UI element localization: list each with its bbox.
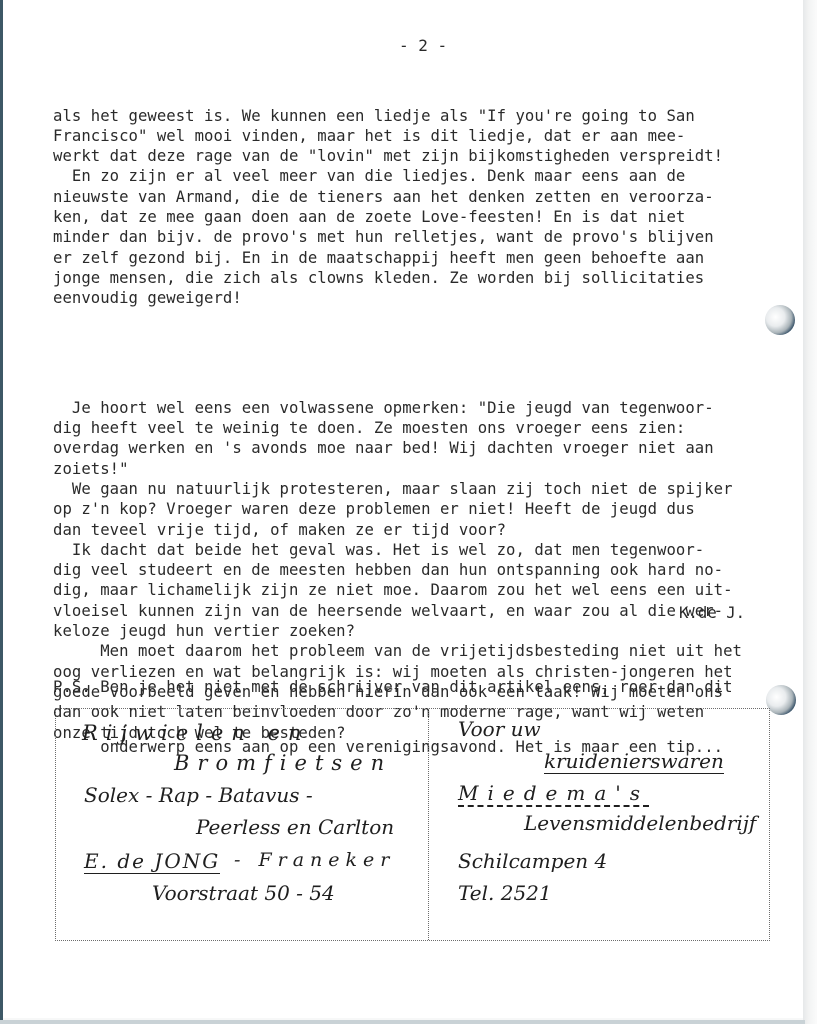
scan-edge-bottom bbox=[0, 1020, 805, 1024]
ad-left-line2: Bromfietsen bbox=[174, 751, 392, 775]
article-line: En zo zijn er al veel meer van die liedj… bbox=[53, 166, 742, 186]
ad-left-address: Voorstraat 50 - 54 bbox=[152, 881, 335, 905]
document-page: - 2 - als het geweest is. We kunnen een … bbox=[3, 0, 803, 1018]
page-number: - 2 - bbox=[399, 36, 447, 55]
article-line: We gaan nu natuurlijk protesteren, maar … bbox=[53, 479, 742, 499]
ad-left-owner: E. de JONG bbox=[84, 849, 220, 874]
article-line: dig veel studeert en de meesten hebben d… bbox=[53, 560, 742, 580]
article-line: ken, dat ze mee gaan doen aan de zoete L… bbox=[53, 207, 742, 227]
ad-divider bbox=[428, 709, 429, 940]
article-line: op z'n kop? Vroeger waren deze problemen… bbox=[53, 499, 742, 519]
article-paragraph-1: als het geweest is. We kunnen een liedje… bbox=[53, 106, 742, 309]
ad-right-line1: Voor uw bbox=[458, 717, 541, 741]
ad-right-phone: Tel. 2521 bbox=[458, 881, 552, 905]
article-line: dig heeft veel te weinig te doen. Ze moe… bbox=[53, 418, 742, 438]
article-line: jonge mensen, die zich als clowns kleden… bbox=[53, 268, 742, 288]
ad-left-brands-2: Peerless en Carlton bbox=[196, 815, 394, 839]
ad-right-line2: kruidenierswaren bbox=[544, 749, 724, 774]
article-line: minder dan bijv. de provo's met hun rell… bbox=[53, 227, 742, 247]
article-line: vloeisel kunnen zijn van de heersende we… bbox=[53, 601, 742, 621]
punch-hole-icon bbox=[766, 685, 796, 715]
article-line: nieuwste van Armand, die de tieners aan … bbox=[53, 187, 742, 207]
advertisement-box: Rijwielen en Bromfietsen Solex - Rap - B… bbox=[55, 708, 770, 941]
scan-edge-right bbox=[803, 0, 817, 1024]
punch-hole-icon bbox=[765, 305, 795, 335]
article-line: dan teveel vrije tijd, of maken ze er ti… bbox=[53, 520, 742, 540]
article-line: eenvoudig geweigerd! bbox=[53, 288, 742, 308]
author-signature: K.de J. bbox=[679, 603, 745, 623]
article-line: Francisco" wel mooi vinden, maar het is … bbox=[53, 126, 742, 146]
ad-right-shop-name: Miedema's bbox=[458, 781, 649, 807]
paragraph-gap bbox=[53, 349, 742, 357]
ad-right-address: Schilcampen 4 bbox=[458, 849, 607, 873]
article-line: zoiets!" bbox=[53, 459, 742, 479]
postscript-line: P.S. Ben je het niet met de schrijver va… bbox=[53, 677, 733, 697]
ad-left-brands: Solex - Rap - Batavus - bbox=[84, 783, 313, 807]
article-line: overdag werken en 's avonds moe naar bed… bbox=[53, 438, 742, 458]
article-line: er zelf gezond bij. En in de maatschappi… bbox=[53, 248, 742, 268]
ad-left-town: - Franeker bbox=[234, 849, 395, 871]
article-line: als het geweest is. We kunnen een liedje… bbox=[53, 106, 742, 126]
article-line: Ik dacht dat beide het geval was. Het is… bbox=[53, 540, 742, 560]
ad-right-line3: Levensmiddelenbedrijf bbox=[524, 811, 756, 835]
article-line: werkt dat deze rage van de "lovin" met z… bbox=[53, 146, 742, 166]
article-line: dig, maar lichamelijk zijn ze niet moe. … bbox=[53, 580, 742, 600]
article-line: Je hoort wel eens een volwassene opmerke… bbox=[53, 398, 742, 418]
ad-left-line1: Rijwielen en bbox=[82, 721, 309, 745]
